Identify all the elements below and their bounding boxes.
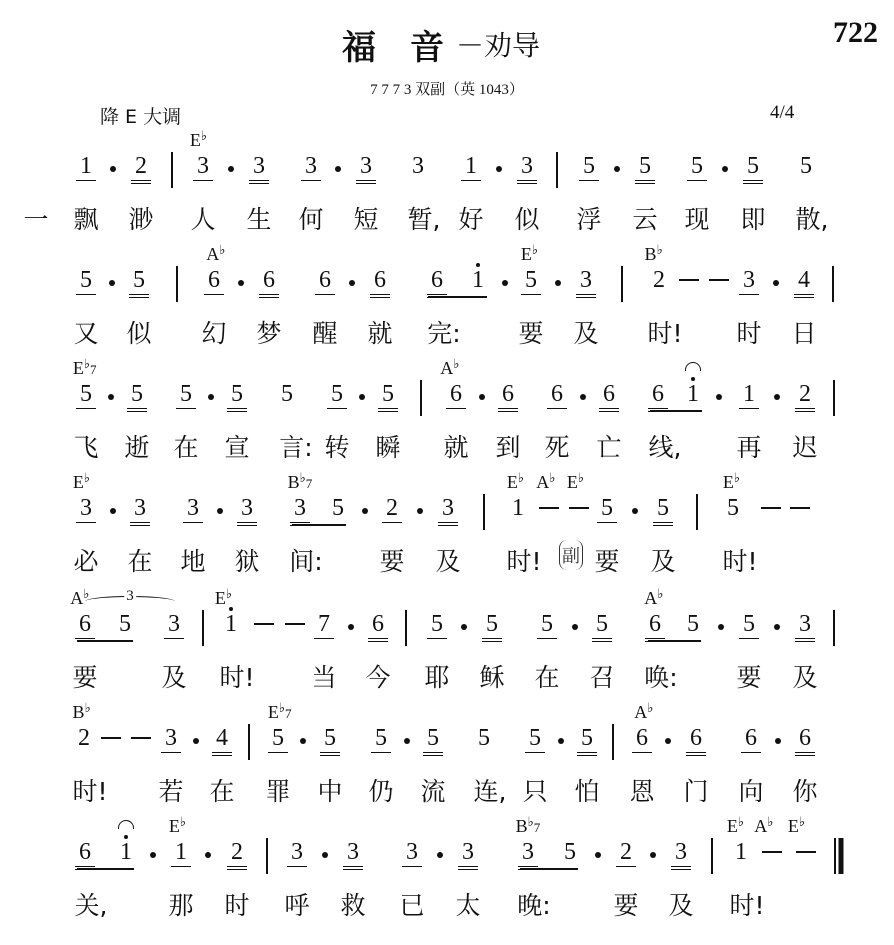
note: 3 bbox=[130, 494, 150, 526]
lyric-char: 散, bbox=[796, 200, 829, 236]
extension-dash bbox=[539, 507, 559, 509]
bar-line bbox=[832, 266, 834, 302]
lyric-char: 中 bbox=[317, 772, 342, 808]
bar-line bbox=[248, 724, 250, 760]
fermata-icon bbox=[118, 820, 134, 829]
note: 5 bbox=[687, 152, 707, 181]
lyric-char: 唤: bbox=[644, 658, 677, 694]
extension-dash bbox=[761, 507, 781, 509]
lyric-char: 时! bbox=[72, 772, 107, 808]
chord-symbol: E♭ bbox=[521, 242, 538, 265]
lyric-char: 稣 bbox=[479, 658, 504, 694]
augmentation-dot bbox=[774, 624, 780, 630]
chord-symbol: E♭ bbox=[215, 586, 232, 609]
note: 3 bbox=[193, 152, 213, 181]
lyric-char: 好 bbox=[458, 200, 483, 236]
note: 5 bbox=[521, 266, 541, 295]
note: 5 bbox=[427, 610, 447, 639]
note: 3 bbox=[576, 266, 596, 298]
lyric-char: 流 bbox=[420, 772, 445, 808]
lyric-char: 及 bbox=[161, 658, 186, 694]
lyric-char: 已 bbox=[399, 886, 424, 922]
fermata-icon bbox=[685, 362, 701, 371]
note: 5 bbox=[115, 610, 135, 638]
lyric-char: 狱 bbox=[234, 542, 259, 578]
bar-line bbox=[266, 838, 268, 874]
lyric-char: 幻 bbox=[201, 314, 226, 350]
note: 5 bbox=[683, 610, 703, 638]
bar-line bbox=[420, 380, 422, 416]
chord-symbol: B♭ bbox=[645, 242, 663, 265]
bar-line bbox=[711, 838, 713, 874]
lyric-char: 浮 bbox=[576, 200, 601, 236]
augmentation-dot bbox=[437, 852, 443, 858]
octave-dot bbox=[476, 263, 480, 267]
augmentation-dot bbox=[722, 166, 728, 172]
bar-line bbox=[483, 494, 485, 530]
score-system: E♭B♭7E♭A♭E♭E♭333335231555必在地狱间:要及时!要及时!副 bbox=[0, 470, 894, 586]
lyric-char: 时! bbox=[647, 314, 682, 350]
final-bar-line bbox=[834, 838, 836, 874]
extension-dash bbox=[709, 279, 729, 281]
note: 2 bbox=[227, 838, 247, 870]
chord-symbol: A♭ bbox=[754, 814, 773, 837]
augmentation-dot bbox=[300, 738, 306, 744]
lyric-char: 时! bbox=[729, 886, 764, 922]
bar-line bbox=[405, 610, 407, 646]
chord-symbol: A♭ bbox=[634, 700, 653, 723]
note: 1 bbox=[461, 152, 481, 181]
note: 5 bbox=[327, 380, 347, 409]
augmentation-dot bbox=[650, 852, 656, 858]
lyric-char: 时! bbox=[506, 542, 541, 578]
bar-line bbox=[621, 266, 623, 302]
meter-info: 7 7 7 3 双副（英 1043） bbox=[0, 78, 894, 99]
chord-symbol: A♭ bbox=[440, 356, 459, 379]
lyric-char: 言: bbox=[279, 428, 312, 464]
note: 3 bbox=[518, 838, 538, 870]
chord-symbol: E♭7 bbox=[268, 700, 292, 723]
augmentation-dot bbox=[238, 280, 244, 286]
lyric-char: 到 bbox=[495, 428, 520, 464]
chord-symbol: A♭ bbox=[206, 242, 225, 265]
chord-symbol: E♭ bbox=[788, 814, 805, 837]
lyric-char: 迟 bbox=[792, 428, 817, 464]
note: 5 bbox=[129, 266, 149, 298]
lyric-char: 就 bbox=[443, 428, 468, 464]
octave-dot bbox=[691, 377, 695, 381]
note: 6 bbox=[368, 610, 388, 642]
lyric-char: 只 bbox=[522, 772, 547, 808]
note: 3 bbox=[356, 152, 376, 184]
note: 6 bbox=[446, 380, 466, 409]
chord-symbol: A♭ bbox=[536, 470, 555, 493]
chord-symbol: E♭ bbox=[727, 814, 744, 837]
note: 6 bbox=[370, 266, 390, 298]
lyric-char: 要 bbox=[518, 314, 543, 350]
lyric-char: 梦 bbox=[256, 314, 281, 350]
augmentation-dot bbox=[555, 280, 561, 286]
chord-symbol: E♭ bbox=[567, 470, 584, 493]
note: 5 bbox=[537, 610, 557, 639]
augmentation-dot bbox=[614, 166, 620, 172]
lyric-char: 亡 bbox=[596, 428, 621, 464]
score-system: E♭12333331355555一飘渺人生何短暂,好似浮云现即散, bbox=[0, 128, 894, 244]
lyric-char: 向 bbox=[738, 772, 763, 808]
note: 5 bbox=[653, 494, 673, 526]
note: 3 bbox=[458, 838, 478, 870]
note: 5 bbox=[176, 380, 196, 409]
lyric-char: 你 bbox=[792, 772, 817, 808]
note: 6 bbox=[427, 266, 447, 298]
note: 6 bbox=[547, 380, 567, 409]
note: 1 bbox=[739, 380, 759, 409]
extension-dash bbox=[131, 737, 151, 739]
note: 3 bbox=[671, 838, 691, 870]
augmentation-dot bbox=[109, 280, 115, 286]
final-bar-line bbox=[839, 838, 844, 874]
note: 6 bbox=[741, 724, 761, 753]
note: 6 bbox=[686, 724, 706, 756]
note: 6 bbox=[75, 838, 95, 870]
note: 3 bbox=[517, 152, 537, 184]
lyric-char: 时 bbox=[736, 314, 761, 350]
extension-dash bbox=[790, 507, 810, 509]
hymn-number: 722 bbox=[833, 16, 878, 50]
extension-dash bbox=[679, 279, 699, 281]
augmentation-dot bbox=[110, 166, 116, 172]
note: 1 bbox=[221, 610, 241, 638]
bar-line bbox=[612, 724, 614, 760]
lyric-char: 日 bbox=[791, 314, 816, 350]
augmentation-dot bbox=[228, 166, 234, 172]
note: 2 bbox=[616, 838, 636, 867]
note: 5 bbox=[277, 380, 297, 408]
note: 5 bbox=[320, 724, 340, 756]
augmentation-dot bbox=[774, 394, 780, 400]
score-system: A♭E♭B♭5566666153234又似幻梦醒就完:要及时!时日 bbox=[0, 242, 894, 358]
score-system: B♭E♭7A♭23455555556666时!若在罪中仍流连,只怕恩门向你 bbox=[0, 700, 894, 816]
augmentation-dot bbox=[193, 738, 199, 744]
chord-symbol: B♭ bbox=[73, 700, 91, 723]
lyric-char: 及 bbox=[650, 542, 675, 578]
note: 3 bbox=[161, 724, 181, 753]
note: 5 bbox=[723, 494, 743, 522]
lyric-char: 逝 bbox=[124, 428, 149, 464]
note: 1 bbox=[731, 838, 751, 866]
bar-line bbox=[171, 152, 173, 188]
lyric-char: 若 bbox=[158, 772, 183, 808]
note: 2 bbox=[795, 380, 815, 412]
lyric-char: 云 bbox=[632, 200, 657, 236]
lyric-char: 要 bbox=[736, 658, 761, 694]
lyric-char: 必 bbox=[73, 542, 98, 578]
note: 2 bbox=[382, 494, 402, 523]
key-signature: 降 E 大调 bbox=[100, 102, 181, 129]
beam-line bbox=[77, 640, 133, 642]
lyric-char: 要 bbox=[379, 542, 404, 578]
lyric-char: 在 bbox=[127, 542, 152, 578]
note: 4 bbox=[212, 724, 232, 756]
augmentation-dot bbox=[108, 394, 114, 400]
lyric-char: 生 bbox=[246, 200, 271, 236]
augmentation-dot bbox=[404, 738, 410, 744]
note: 3 bbox=[237, 494, 257, 526]
note: 5 bbox=[579, 152, 599, 181]
note: 3 bbox=[290, 494, 310, 526]
note: 5 bbox=[577, 724, 597, 756]
note: 5 bbox=[371, 724, 391, 753]
lyric-char: 就 bbox=[367, 314, 392, 350]
lyric-char: 及 bbox=[573, 314, 598, 350]
augmentation-dot bbox=[322, 852, 328, 858]
note: 5 bbox=[635, 152, 655, 184]
chord-symbol: B♭7 bbox=[288, 470, 313, 493]
extension-dash bbox=[762, 851, 782, 853]
lyric-char: 要 bbox=[594, 542, 619, 578]
lyric-char: 时 bbox=[224, 886, 249, 922]
augmentation-dot bbox=[718, 624, 724, 630]
lyric-char: 要 bbox=[72, 658, 97, 694]
beam-line bbox=[77, 868, 134, 870]
lyric-char: 及 bbox=[792, 658, 817, 694]
note: 5 bbox=[474, 724, 494, 752]
beam-line bbox=[520, 868, 578, 870]
lyric-char: 瞬 bbox=[375, 428, 400, 464]
note: 3 bbox=[164, 610, 184, 639]
lyric-char: 死 bbox=[544, 428, 569, 464]
lyric-char: 罪 bbox=[265, 772, 290, 808]
lyric-char: 地 bbox=[180, 542, 205, 578]
note: 6 bbox=[632, 724, 652, 753]
extension-dash bbox=[796, 851, 816, 853]
hymn-subtitle: －劝导 bbox=[456, 24, 540, 64]
bar-line bbox=[202, 610, 204, 646]
lyric-char: 在 bbox=[209, 772, 234, 808]
note: 6 bbox=[204, 266, 224, 295]
note: 1 bbox=[468, 266, 488, 294]
lyric-char: 关, bbox=[75, 886, 108, 922]
note: 3 bbox=[402, 838, 422, 867]
lyric-char: 似 bbox=[514, 200, 539, 236]
beam-line bbox=[292, 524, 346, 526]
note: 3 bbox=[408, 152, 428, 180]
score-system: E♭B♭7E♭A♭E♭6112333335231关,那时呼救已太晚:要及时! bbox=[0, 814, 894, 930]
lyric-char: 晚: bbox=[517, 886, 550, 922]
lyric-char: 今 bbox=[365, 658, 390, 694]
note: 5 bbox=[739, 610, 759, 639]
note: 3 bbox=[795, 610, 815, 642]
augmentation-dot bbox=[716, 394, 722, 400]
augmentation-dot bbox=[110, 508, 116, 514]
octave-dot bbox=[229, 607, 233, 611]
octave-dot bbox=[124, 835, 128, 839]
note: 3 bbox=[438, 494, 458, 526]
augmentation-dot bbox=[208, 394, 214, 400]
lyric-char: 太 bbox=[455, 886, 480, 922]
chord-symbol: E♭ bbox=[73, 470, 90, 493]
score-system: A♭E♭A♭653176555565533要及时!当今耶稣在召唤:要及 bbox=[0, 586, 894, 702]
note: 2 bbox=[131, 152, 151, 184]
lyric-char: 救 bbox=[340, 886, 365, 922]
note: 5 bbox=[796, 152, 816, 180]
augmentation-dot bbox=[150, 852, 156, 858]
note: 5 bbox=[560, 838, 580, 866]
bar-line bbox=[696, 494, 698, 530]
lyric-char: 醒 bbox=[312, 314, 337, 350]
note: 7 bbox=[314, 610, 334, 639]
note: 6 bbox=[599, 380, 619, 412]
lyric-char: 转 bbox=[324, 428, 349, 464]
lyric-char: 人 bbox=[190, 200, 215, 236]
note: 6 bbox=[645, 610, 665, 642]
note: 6 bbox=[498, 380, 518, 412]
note: 5 bbox=[743, 152, 763, 184]
chord-symbol: E♭7 bbox=[73, 356, 97, 379]
lyric-char: 及 bbox=[435, 542, 460, 578]
hymn-title: 福 音 bbox=[342, 20, 444, 69]
lyric-char: 一 bbox=[23, 200, 48, 236]
beam-line bbox=[650, 410, 702, 412]
note: 5 bbox=[423, 724, 443, 756]
note: 3 bbox=[249, 152, 269, 184]
lyric-char: 门 bbox=[683, 772, 708, 808]
lyric-char: 飘 bbox=[73, 200, 98, 236]
time-signature: 4/4 bbox=[770, 102, 794, 124]
note: 6 bbox=[259, 266, 279, 298]
extension-dash bbox=[254, 623, 274, 625]
lyric-char: 又 bbox=[73, 314, 98, 350]
triplet-bracket: 3 bbox=[85, 596, 175, 607]
augmentation-dot bbox=[348, 624, 354, 630]
lyric-char: 时! bbox=[722, 542, 757, 578]
augmentation-dot bbox=[558, 738, 564, 744]
note: 5 bbox=[592, 610, 612, 642]
beam-line bbox=[648, 640, 701, 642]
lyric-char: 恩 bbox=[629, 772, 654, 808]
augmentation-dot bbox=[335, 166, 341, 172]
note: 3 bbox=[301, 152, 321, 181]
note: 5 bbox=[127, 380, 147, 412]
note: 5 bbox=[525, 724, 545, 753]
augmentation-dot bbox=[205, 852, 211, 858]
note: 5 bbox=[76, 380, 96, 409]
lyric-char: 时! bbox=[219, 658, 254, 694]
augmentation-dot bbox=[359, 394, 365, 400]
note: 5 bbox=[76, 266, 96, 295]
lyric-char: 连, bbox=[474, 772, 507, 808]
note: 5 bbox=[482, 610, 502, 642]
augmentation-dot bbox=[362, 508, 368, 514]
augmentation-dot bbox=[572, 624, 578, 630]
note: 3 bbox=[287, 838, 307, 867]
extension-dash bbox=[285, 623, 305, 625]
note: 3 bbox=[183, 494, 203, 523]
lyric-char: 短 bbox=[353, 200, 378, 236]
note: 1 bbox=[76, 152, 96, 181]
bar-line bbox=[176, 266, 178, 302]
augmentation-dot bbox=[417, 508, 423, 514]
lyric-char: 当 bbox=[311, 658, 336, 694]
augmentation-dot bbox=[502, 280, 508, 286]
note: 6 bbox=[315, 266, 335, 295]
augmentation-dot bbox=[461, 624, 467, 630]
lyric-char: 何 bbox=[298, 200, 323, 236]
note: 1 bbox=[508, 494, 528, 522]
lyric-char: 现 bbox=[684, 200, 709, 236]
note: 2 bbox=[649, 266, 669, 294]
note: 5 bbox=[597, 494, 617, 523]
lyric-char: 呼 bbox=[284, 886, 309, 922]
bar-line bbox=[833, 610, 835, 646]
lyric-char: 完: bbox=[427, 314, 460, 350]
note: 5 bbox=[378, 380, 398, 412]
augmentation-dot bbox=[479, 394, 485, 400]
lyric-char: 即 bbox=[740, 200, 765, 236]
lyric-char: 及 bbox=[668, 886, 693, 922]
augmentation-dot bbox=[217, 508, 223, 514]
note: 3 bbox=[739, 266, 759, 295]
lyric-char: 宣 bbox=[224, 428, 249, 464]
lyric-char: 渺 bbox=[128, 200, 153, 236]
note: 3 bbox=[76, 494, 96, 523]
chorus-marker: 副 bbox=[559, 540, 583, 570]
bar-line bbox=[833, 380, 835, 416]
lyric-char: 那 bbox=[168, 886, 193, 922]
note: 6 bbox=[75, 610, 95, 639]
augmentation-dot bbox=[632, 508, 638, 514]
note: 1 bbox=[171, 838, 191, 867]
bar-line bbox=[556, 152, 558, 188]
note: 1 bbox=[116, 838, 136, 866]
lyric-char: 暂, bbox=[408, 200, 441, 236]
note: 5 bbox=[328, 494, 348, 522]
augmentation-dot bbox=[496, 166, 502, 172]
note: 6 bbox=[795, 724, 815, 756]
lyric-char: 飞 bbox=[73, 428, 98, 464]
lyric-char: 召 bbox=[589, 658, 614, 694]
extension-dash bbox=[569, 507, 589, 509]
extension-dash bbox=[101, 737, 121, 739]
lyric-char: 在 bbox=[173, 428, 198, 464]
note: 6 bbox=[648, 380, 668, 412]
chord-symbol: E♭ bbox=[169, 814, 186, 837]
augmentation-dot bbox=[349, 280, 355, 286]
augmentation-dot bbox=[580, 394, 586, 400]
lyric-char: 再 bbox=[736, 428, 761, 464]
note: 4 bbox=[794, 266, 814, 298]
lyric-char: 仍 bbox=[368, 772, 393, 808]
note: 2 bbox=[74, 724, 94, 752]
chord-symbol: A♭ bbox=[644, 586, 663, 609]
chord-symbol: B♭7 bbox=[516, 814, 541, 837]
score-system: E♭7A♭555555566666112飞逝在宣言:转瞬就到死亡线,再迟 bbox=[0, 356, 894, 472]
note: 3 bbox=[343, 838, 363, 870]
chord-symbol: E♭ bbox=[190, 128, 207, 151]
augmentation-dot bbox=[665, 738, 671, 744]
lyric-char: 要 bbox=[613, 886, 638, 922]
augmentation-dot bbox=[773, 280, 779, 286]
augmentation-dot bbox=[775, 738, 781, 744]
augmentation-dot bbox=[595, 852, 601, 858]
lyric-char: 在 bbox=[534, 658, 559, 694]
lyric-char: 线, bbox=[649, 428, 682, 464]
lyric-char: 间: bbox=[289, 542, 322, 578]
note: 1 bbox=[683, 380, 703, 408]
beam-line bbox=[428, 296, 487, 298]
chord-symbol: E♭ bbox=[723, 470, 740, 493]
lyric-char: 耶 bbox=[424, 658, 449, 694]
